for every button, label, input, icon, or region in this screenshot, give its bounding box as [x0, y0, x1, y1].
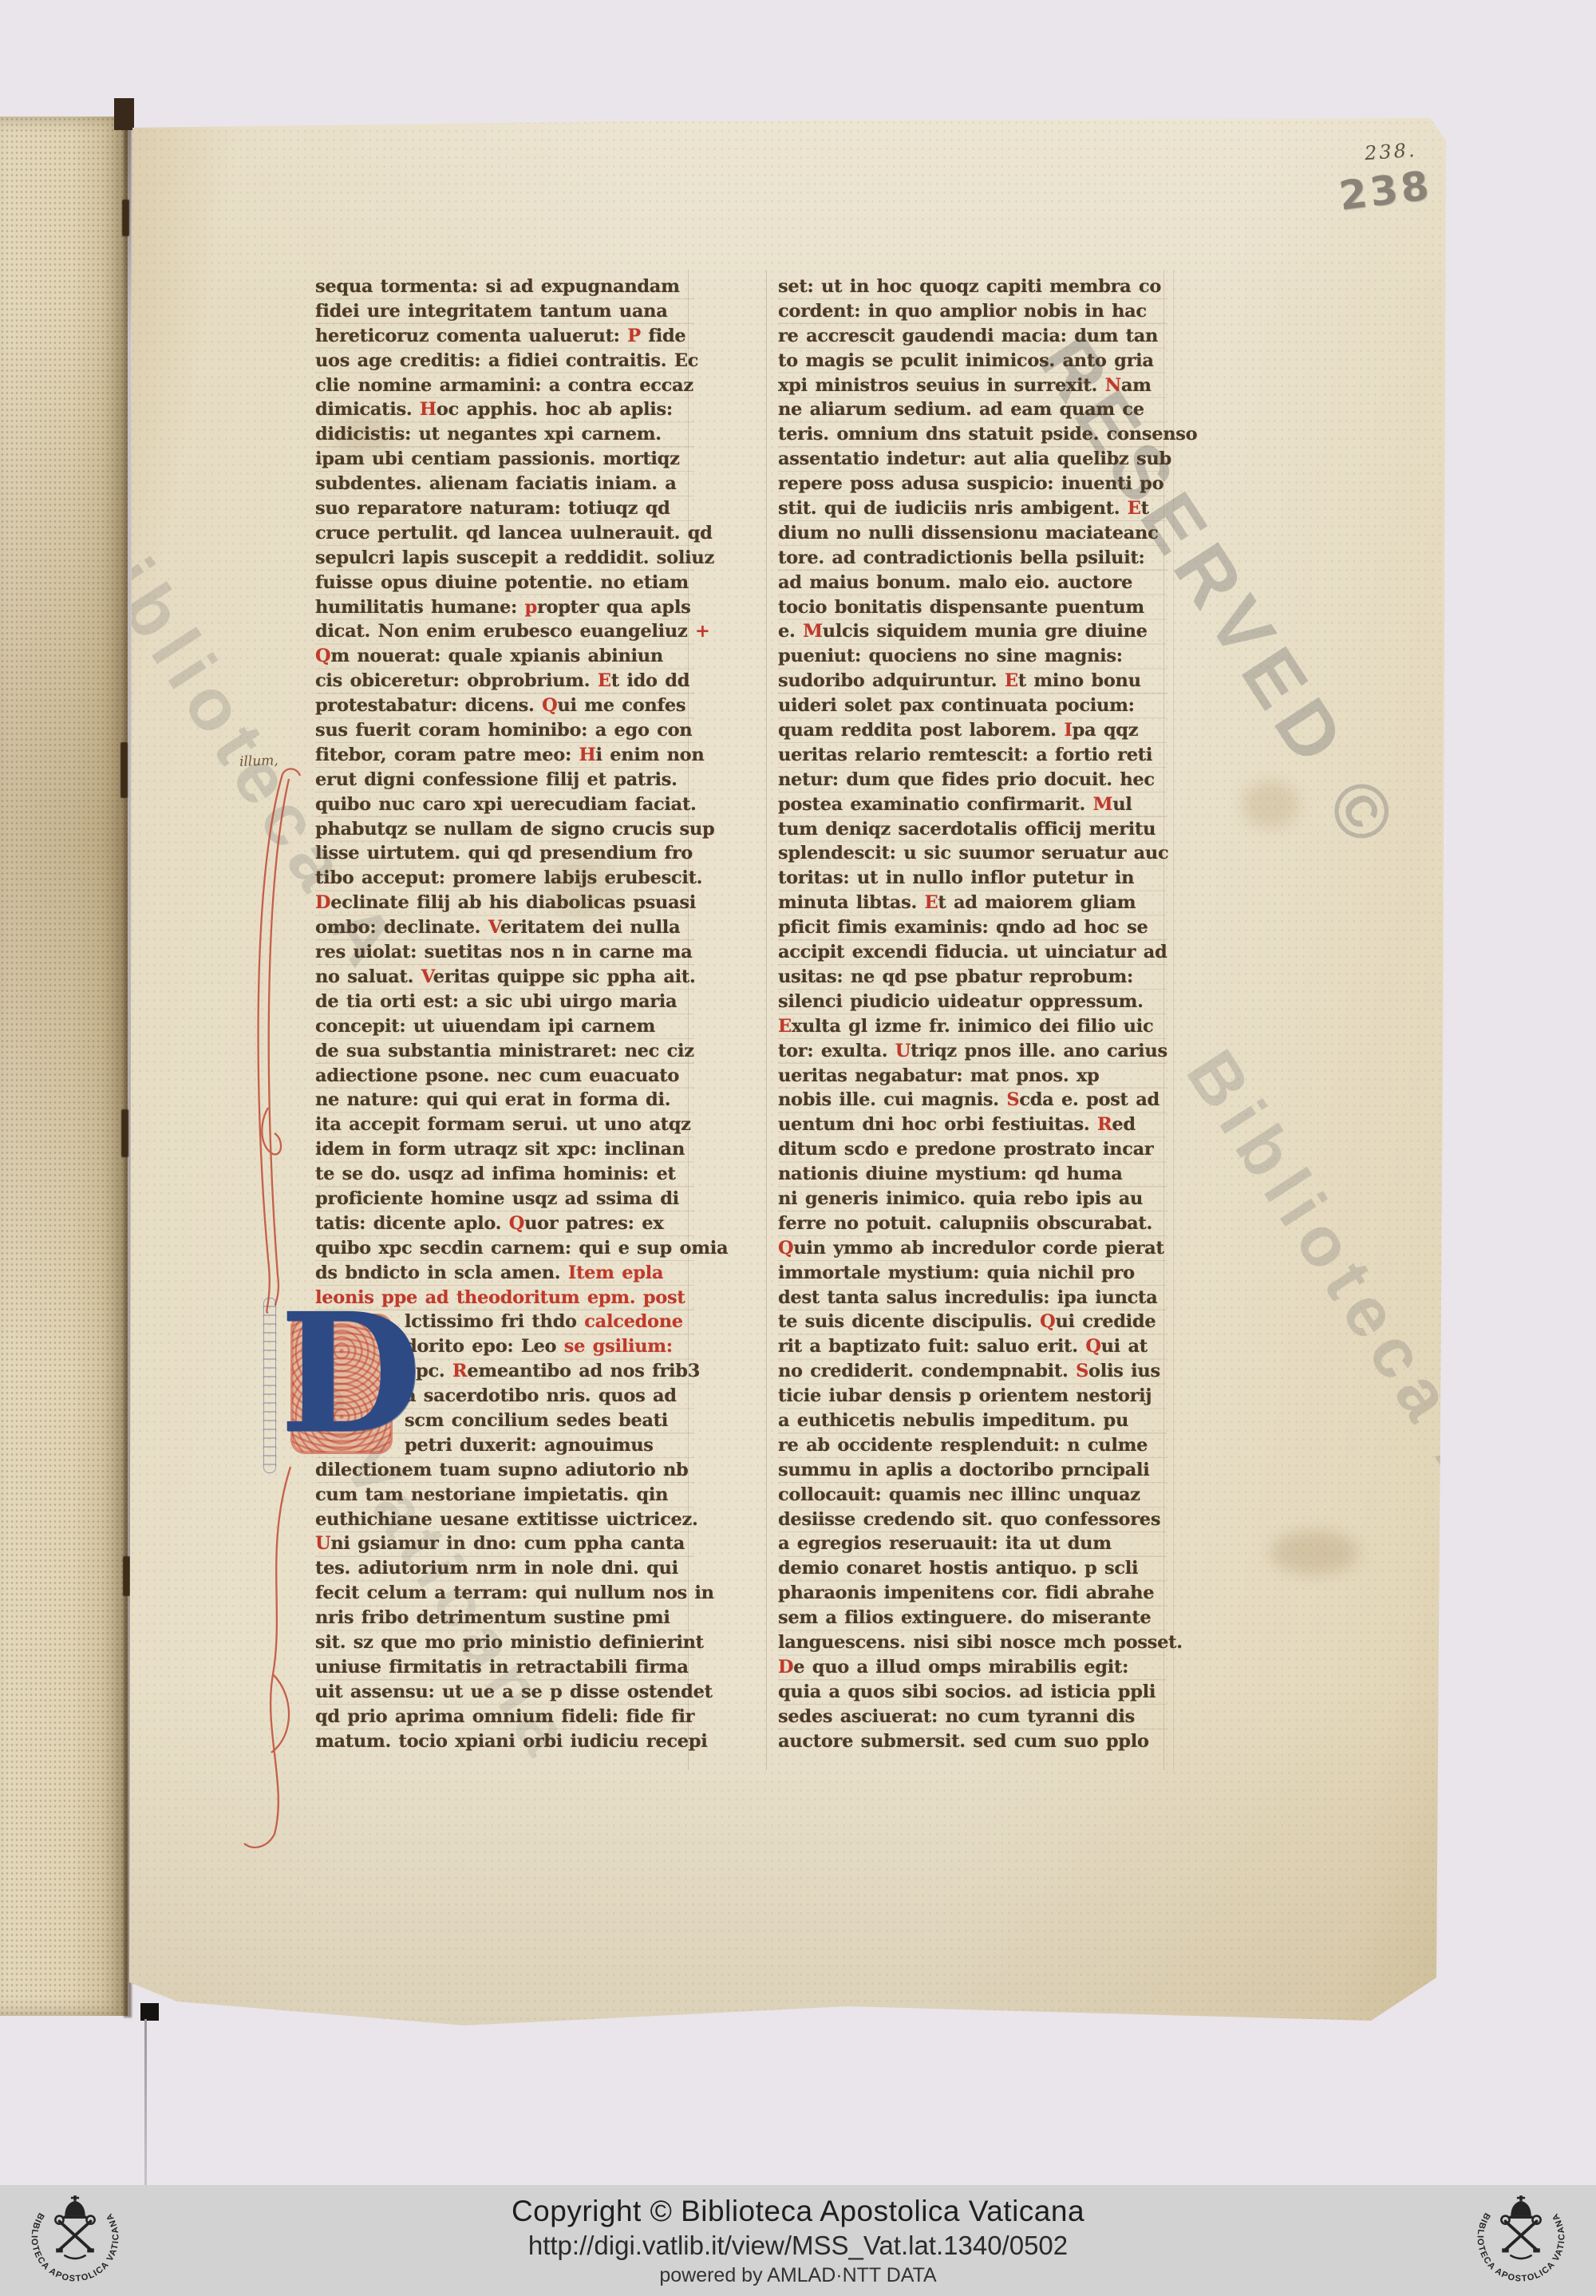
manuscript-line: Quin ymmo ab incredulor corde pierat — [778, 1236, 1167, 1261]
manuscript-line: De quo a illud omps mirabilis egit: — [778, 1655, 1167, 1680]
manuscript-line: nationis diuine mystium: qd huma — [778, 1162, 1167, 1187]
manuscript-line: pficit fimis examinis: qndo ad hoc se — [778, 915, 1167, 940]
manuscript-line: no crediderit. condempnabit. Solis ius — [778, 1359, 1167, 1384]
manuscript-line: suo reparatore naturam: totiuqz qd — [315, 496, 694, 521]
binding-mark — [121, 1109, 128, 1157]
powered-by-line: powered by AMLAD·NTT DATA — [659, 2264, 936, 2286]
manuscript-line: qd prio aprima omnium fideli: fide fir — [315, 1705, 694, 1729]
manuscript-line: concepit: ut uiuendam ipi carnem — [315, 1014, 694, 1039]
manuscript-line: cis obiceretur: obprobrium. Et ido dd — [315, 669, 694, 694]
manuscript-line: sepulcri lapis suscepit a reddidit. soli… — [315, 546, 694, 571]
page-crease — [144, 2019, 147, 2187]
manuscript-line: fidei ure integritatem tantum uana — [315, 299, 694, 324]
manuscript-line: no saluat. Veritas quippe sic ppha ait. — [315, 965, 694, 990]
manuscript-line: quia a quos sibi socios. ad isticia ppli — [778, 1680, 1167, 1705]
manuscript-line: fitebor, coram patre meo: Hi enim non — [315, 743, 694, 768]
manuscript-line: ni generis inimico. quia rebo ipis au — [778, 1187, 1167, 1211]
manuscript-line: summu in aplis a doctoribo prncipali — [778, 1458, 1167, 1483]
parchment-stain — [1270, 1531, 1358, 1575]
vatican-library-emblem-right: BIBLIOTECA APOSTOLICA VATICANA — [1467, 2190, 1575, 2292]
manuscript-line: cruce pertulit. qd lancea uulnerauit. qd — [315, 521, 694, 546]
manuscript-line: postea examinatio confirmarit. Mul — [778, 792, 1167, 817]
manuscript-line: uniuse firmitatis in retractabili firma — [315, 1655, 694, 1680]
manuscript-line: re ab occidente resplenduit: n culme — [778, 1433, 1167, 1458]
binding-mark — [122, 200, 129, 236]
manuscript-line: uentum dni hoc orbi festiuitas. Red — [778, 1112, 1167, 1137]
manuscript-line: pueniut: quociens no sine magnis: — [778, 644, 1167, 669]
manuscript-line: a egregios reseruauit: ita ut dum — [778, 1531, 1167, 1556]
manuscript-line: set: ut in hoc quoqz capiti membra co — [778, 275, 1167, 299]
url-line: http://digi.vatlib.it/view/MSS_Vat.lat.1… — [528, 2231, 1068, 2260]
manuscript-line: uideri solet pax continuata pocium: — [778, 694, 1167, 718]
manuscript-line: protestabatur: dicens. Qui me confes — [315, 694, 694, 718]
manuscript-line: nris fribo detrimentum sustine pmi — [315, 1606, 694, 1630]
initial-letter: D — [279, 1298, 422, 1449]
manuscript-line: usitas: ne qd pse pbatur reprobum: — [778, 965, 1167, 990]
manuscript-line: accipit excendi fiducia. ut uinciatur ad — [778, 940, 1167, 965]
manuscript-line: pharaonis impenitens cor. fidi abrahe — [778, 1581, 1167, 1606]
manuscript-line: rit a baptizato fuit: saluo erit. Qui at — [778, 1334, 1167, 1359]
manuscript-line: tocio bonitatis dispensante puentum — [778, 595, 1167, 620]
manuscript-line: ad maius bonum. malo eio. auctore — [778, 571, 1167, 595]
manuscript-line: ditum scdo e predone prostrato incar — [778, 1137, 1167, 1162]
manuscript-line: didicistis: ut negantes xpi carnem. — [315, 422, 694, 447]
manuscript-line: repere poss adusa suspicio: inuenti po — [778, 472, 1167, 496]
manuscript-line: subdentes. alienam faciatis iniam. a — [315, 472, 694, 496]
manuscript-line: te se do. usqz ad infima hominis: et — [315, 1162, 694, 1187]
manuscript-line: uos age creditis: a fidiei contraitis. E… — [315, 349, 694, 373]
ruled-line — [1173, 270, 1174, 1770]
manuscript-line: ueritas negabatur: mat pnos. xp — [778, 1064, 1167, 1089]
manuscript-line: ne nature: qui qui erat in forma di. — [315, 1088, 694, 1112]
manuscript-line: Exulta gl izme fr. inimico dei filio uic — [778, 1014, 1167, 1039]
manuscript-line: dicat. Non enim erubesco euangeliuz + — [315, 619, 694, 644]
manuscript-line: netur: dum que fides prio docuit. hec — [778, 768, 1167, 792]
manuscript-line: auctore submersit. sed cum suo pplo — [778, 1729, 1167, 1754]
manuscript-line: ferre no potuit. calupniis obscurabat. — [778, 1211, 1167, 1236]
manuscript-line: tibo acceput: promere labijs erubescit. — [315, 866, 694, 891]
text-column-1: sequa tormenta: si ad expugnandamfidei u… — [315, 275, 694, 1753]
binding-tab-top — [114, 98, 134, 130]
manuscript-line: dest tanta salus incredulis: ipa iuncta — [778, 1286, 1167, 1310]
manuscript-line: idem in form utraqz sit xpc: inclinan — [315, 1137, 694, 1162]
vatican-library-emblem-left: BIBLIOTECA APOSTOLICA VATICANA — [21, 2190, 129, 2292]
manuscript-page: © Biblioteca A RESERVED © Biblioteca Apo… — [129, 118, 1446, 2027]
manuscript-line: adiectione psone. nec cum euacuato — [315, 1064, 694, 1089]
copyright-line: Copyright © Biblioteca Apostolica Vatica… — [512, 2195, 1084, 2227]
penwork-border — [263, 1298, 276, 1473]
binding-tab-bottom — [140, 2003, 159, 2021]
manuscript-line: stit. qui de iudiciis nris ambigent. Et — [778, 496, 1167, 521]
manuscript-line: cordent: in quo amplior nobis in hac — [778, 299, 1167, 324]
illuminated-initial-d: D — [281, 1309, 401, 1460]
manuscript-line: splendescit: u sic suumor seruatur auc — [778, 841, 1167, 866]
binding-mark — [123, 1556, 130, 1596]
manuscript-line: sudoribo adquiruntur. Et mino bonu — [778, 669, 1167, 694]
folio-number-pencil: 238 — [1337, 162, 1435, 219]
manuscript-line: a euthicetis nebulis impeditum. pu — [778, 1409, 1167, 1433]
manuscript-line: de sua substantia ministraret: nec ciz — [315, 1039, 694, 1064]
manuscript-line: matum. tocio xpiani orbi iudiciu recepi — [315, 1729, 694, 1754]
manuscript-line: dimicatis. Hoc apphis. hoc ab aplis: — [315, 397, 694, 422]
manuscript-line: lisse uirtutem. qui qd presendium fro — [315, 841, 694, 866]
parchment-stain — [1242, 780, 1298, 828]
manuscript-line: fecit celum a terram: qui nullum nos in — [315, 1581, 694, 1606]
manuscript-line: fuisse opus diuine potentie. no etiam — [315, 571, 694, 595]
manuscript-line: te suis dicente discipulis. Qui credide — [778, 1310, 1167, 1334]
ruled-line — [766, 270, 767, 1770]
manuscript-line: erut digni confessione filij et patris. — [315, 768, 694, 792]
manuscript-line: collocauit: quamis nec illinc unquaz — [778, 1483, 1167, 1508]
manuscript-line: tum deniqz sacerdotalis officij meritu — [778, 817, 1167, 842]
manuscript-line: quam reddita post laborem. Ipa qqz — [778, 718, 1167, 743]
manuscript-line: phabutqz se nullam de signo crucis sup — [315, 817, 694, 842]
manuscript-line: uit assensu: ut ue a se p disse ostendet — [315, 1680, 694, 1705]
footer-bar: Copyright © Biblioteca Apostolica Vatica… — [0, 2185, 1596, 2296]
manuscript-line: e. Mulcis siquidem munia gre diuine — [778, 619, 1167, 644]
manuscript-line: xpi ministros seuius in surrexit. Nam — [778, 373, 1167, 398]
manuscript-line: immortale mystium: quia nichil pro — [778, 1261, 1167, 1286]
manuscript-line: languescens. nisi sibi nosce mch posset. — [778, 1630, 1167, 1655]
manuscript-line: tor: exulta. Utriqz pnos ille. ano cariu… — [778, 1039, 1167, 1064]
manuscript-line: ipam ubi centiam passionis. mortiqz — [315, 447, 694, 472]
manuscript-line: silenci piudicio uideatur oppressum. — [778, 990, 1167, 1014]
manuscript-line: nobis ille. cui magnis. Scda e. post ad — [778, 1088, 1167, 1112]
manuscript-line: Qm nouerat: quale xpianis abiniun — [315, 644, 694, 669]
manuscript-line: tatis: dicente aplo. Quor patres: ex — [315, 1211, 694, 1236]
manuscript-line: cum tam nestoriane impietatis. qin — [315, 1483, 694, 1508]
manuscript-line: res uiolat: suetitas nos n in carne ma — [315, 940, 694, 965]
manuscript-line: toritas: ut in nullo inflor putetur in — [778, 866, 1167, 891]
manuscript-line: de tia orti est: a sic ubi uirgo maria — [315, 990, 694, 1014]
manuscript-line: Uni gsiamur in dno: cum ppha canta — [315, 1531, 694, 1556]
manuscript-line: assentatio indetur: aut alia quelibz sub — [778, 447, 1167, 472]
binding-mark — [120, 742, 128, 798]
manuscript-line: demio conaret hostis antiquo. p scli — [778, 1556, 1167, 1581]
manuscript-line: re accrescit gaudendi macia: dum tan — [778, 324, 1167, 349]
manuscript-line: sem a filios extinguere. do miserante — [778, 1606, 1167, 1630]
manuscript-line: quibo nuc caro xpi uerecudiam faciat. — [315, 792, 694, 817]
manuscript-line: ueritas relario remtescit: a fortio reti — [778, 743, 1167, 768]
manuscript-line: sus fuerit coram hominibo: a ego con — [315, 718, 694, 743]
manuscript-line: sedes asciuerat: no cum tyranni dis — [778, 1705, 1167, 1729]
manuscript-line: proficiente homine usqz ad ssima di — [315, 1187, 694, 1211]
manuscript-line: ita accepit formam serui. ut uno atqz — [315, 1112, 694, 1137]
manuscript-line: humilitatis humane: propter qua apls — [315, 595, 694, 620]
manuscript-line: sequa tormenta: si ad expugnandam — [315, 275, 694, 299]
manuscript-line: ne aliarum sedium. ad eam quam ce — [778, 397, 1167, 422]
svg-text:BIBLIOTECA APOSTOLICA VATICANA: BIBLIOTECA APOSTOLICA VATICANA — [1475, 2211, 1566, 2284]
manuscript-line: euthichiane uesane extitisse uictricez. — [315, 1508, 694, 1532]
manuscript-line: sit. sz que mo prio ministio definierint — [315, 1630, 694, 1655]
manuscript-line: hereticoruz comenta ualuerut: P fide — [315, 324, 694, 349]
svg-text:BIBLIOTECA APOSTOLICA VATICANA: BIBLIOTECA APOSTOLICA VATICANA — [29, 2211, 120, 2284]
facing-page — [0, 117, 128, 2016]
manuscript-line: desiisse credendo sit. quo confessores — [778, 1508, 1167, 1532]
manuscript-line: tore. ad contradictionis bella psiluit: — [778, 546, 1167, 571]
manuscript-line: to magis se pculit inimicos. anto gria — [778, 349, 1167, 373]
manuscript-line: teris. omnium dns statuit pside. consens… — [778, 422, 1167, 447]
manuscript-line: ombo: declinate. Veritatem dei nulla — [315, 915, 694, 940]
manuscript-line: clie nomine armamini: a contra eccaz — [315, 373, 694, 398]
manuscript-line: minuta libtas. Et ad maiorem gliam — [778, 891, 1167, 915]
manuscript-line: tes. adiutorium nrm in nole dni. qui — [315, 1556, 694, 1581]
manuscript-line: dium no nulli dissensionu maciateanc — [778, 521, 1167, 546]
manuscript-line: Declinate filij ab his diabolicas psuasi — [315, 891, 694, 915]
watermark-text: Biblioteca Apost — [1170, 1036, 1596, 1671]
manuscript-line: ticie iubar densis p orientem nestorij — [778, 1384, 1167, 1409]
scanned-manuscript-viewer: { "page": { "folio_pen": "238.", "folio_… — [0, 0, 1596, 2296]
folio-number-ink: 238. — [1364, 139, 1417, 164]
manuscript-line: quibo xpc secdin carnem: qui e sup omia — [315, 1236, 694, 1261]
text-column-2: set: ut in hoc quoqz capiti membra cocor… — [778, 275, 1167, 1753]
